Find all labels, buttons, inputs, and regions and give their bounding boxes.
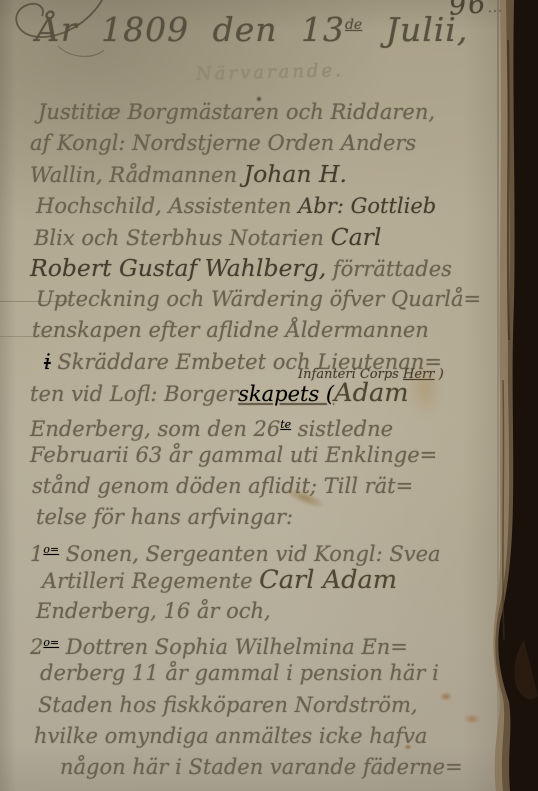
manuscript-line: telse för hans arfvingar: xyxy=(36,502,490,533)
text-segment: i xyxy=(44,350,51,374)
manuscript-line: Upteckning och Wärdering öfver Quarlå= xyxy=(36,284,490,315)
text-segment: 1 xyxy=(30,542,43,566)
text-segment: stånd genom döden aflidit; Till rät= xyxy=(32,474,413,498)
text-segment: Adam xyxy=(334,378,408,408)
text-segment: Sonen, Sergeanten vid Kongl: Svea xyxy=(59,542,440,566)
manuscript-line: stånd genom döden aflidit; Till rät= xyxy=(32,471,490,502)
text-segment: Wallin, Rådmannen xyxy=(30,163,244,187)
text-segment: Johan H. xyxy=(244,160,347,188)
text-segment: Herr xyxy=(403,367,434,382)
text-segment: skapets ( xyxy=(238,382,334,406)
present-heading: Närvarande. xyxy=(196,60,344,85)
manuscript-line: Artilleri Regemente Carl Adam xyxy=(42,565,490,596)
text-segment: te xyxy=(280,418,291,431)
text-segment: 2 xyxy=(30,635,43,659)
manuscript-line: 2o= Dottren Sophia Wilhelmina En= xyxy=(30,627,490,658)
text-segment: o= xyxy=(43,636,59,649)
text-segment: af Kongl: Nordstjerne Orden xyxy=(30,131,341,155)
text-segment: telse för hans arfvingar: xyxy=(36,505,293,529)
page-edge-crease xyxy=(497,0,499,791)
text-segment: Carl Adam xyxy=(259,565,397,595)
manuscript-line: af Kongl: Nordstjerne Orden Anders xyxy=(30,128,490,159)
manuscript-line: Hochschild, Assistenten Abr: Gottlieb xyxy=(36,191,490,222)
text-segment: Dottren Sophia Wilhelmina En= xyxy=(59,635,408,659)
date-heading-ordinal: de xyxy=(345,17,362,33)
text-segment: Infanteri Corps xyxy=(298,367,403,382)
manuscript-line: någon här i Staden varande fäderne= xyxy=(60,752,490,783)
text-segment: Justitiæ Borgmästaren och Riddaren, xyxy=(38,100,435,124)
text-segment: Februarii 63 år gammal uti Enklinge= xyxy=(30,443,437,467)
page-number-dots: ... xyxy=(487,0,503,16)
manuscript-lines: Justitiæ Borgmästaren och Riddaren,af Ko… xyxy=(30,97,490,783)
text-segment: ten vid Lofl: Borger xyxy=(30,382,238,406)
text-segment: Hochschild, Assistenten xyxy=(36,194,298,218)
text-segment: Artilleri Regemente xyxy=(42,569,259,593)
text-segment: Anders xyxy=(341,131,416,155)
date-heading-month: Julii, xyxy=(362,10,468,49)
manuscript-line: tenskapen efter aflidne Åldermannen xyxy=(32,315,490,346)
text-segment: o= xyxy=(43,543,59,556)
text-segment: förrättades xyxy=(326,257,452,281)
text-segment: någon här i Staden varande fäderne= xyxy=(60,755,463,779)
manuscript-line: 1o= Sonen, Sergeanten vid Kongl: Svea xyxy=(30,534,490,565)
text-segment: sistledne xyxy=(291,417,393,441)
manuscript-line: Blix och Sterbhus Notarien Carl xyxy=(34,222,490,253)
manuscript-line: Justitiæ Borgmästaren och Riddaren, xyxy=(38,97,490,128)
text-segment: Enderberg, 16 år och, xyxy=(36,599,271,623)
manuscript-line: Robert Gustaf Wahlberg, förrättades xyxy=(30,253,490,284)
manuscript-line: derberg 11 år gammal i pension här i xyxy=(40,658,490,689)
date-heading-main: År 1809 den 13 xyxy=(36,10,345,49)
manuscript-line: hvilke omyndiga anmältes icke hafva xyxy=(34,721,490,752)
interlinear-insertion: Infanteri Corps Herr ) xyxy=(298,367,444,382)
text-segment: Robert Gustaf Wahlberg, xyxy=(30,254,326,282)
text-segment: Carl xyxy=(331,223,382,251)
text-segment: ) xyxy=(434,367,443,382)
text-segment: Blix och Sterbhus Notarien xyxy=(34,226,331,250)
text-segment: hvilke omyndiga anmältes icke hafva xyxy=(34,724,427,748)
manuscript-line: ten vid Lofl: Borgerskapets (Adam xyxy=(30,378,490,409)
manuscript-line: Wallin, Rådmannen Johan H. xyxy=(30,159,490,190)
text-segment: Staden hos fiskköparen Nordström, xyxy=(38,693,418,717)
text-segment: Enderberg, som den 26 xyxy=(30,417,280,441)
text-segment: derberg 11 år gammal i pension här i xyxy=(40,661,439,685)
text-segment: Upteckning och Wärdering öfver Quarlå= xyxy=(36,287,481,311)
manuscript-line: Februarii 63 år gammal uti Enklinge= xyxy=(30,440,490,471)
date-heading: År 1809 den 13de Julii, xyxy=(36,10,468,49)
manuscript-line: Enderberg, som den 26te sistledne xyxy=(30,409,490,440)
text-segment: tenskapen efter aflidne Åldermannen xyxy=(32,318,429,342)
document-scan: 96... År 1809 den 13de Julii, Närvarande… xyxy=(0,0,538,791)
text-segment: Abr: Gottlieb xyxy=(298,194,436,218)
manuscript-line: Staden hos fiskköparen Nordström, xyxy=(38,690,490,721)
manuscript-line: Enderberg, 16 år och, xyxy=(36,596,490,627)
